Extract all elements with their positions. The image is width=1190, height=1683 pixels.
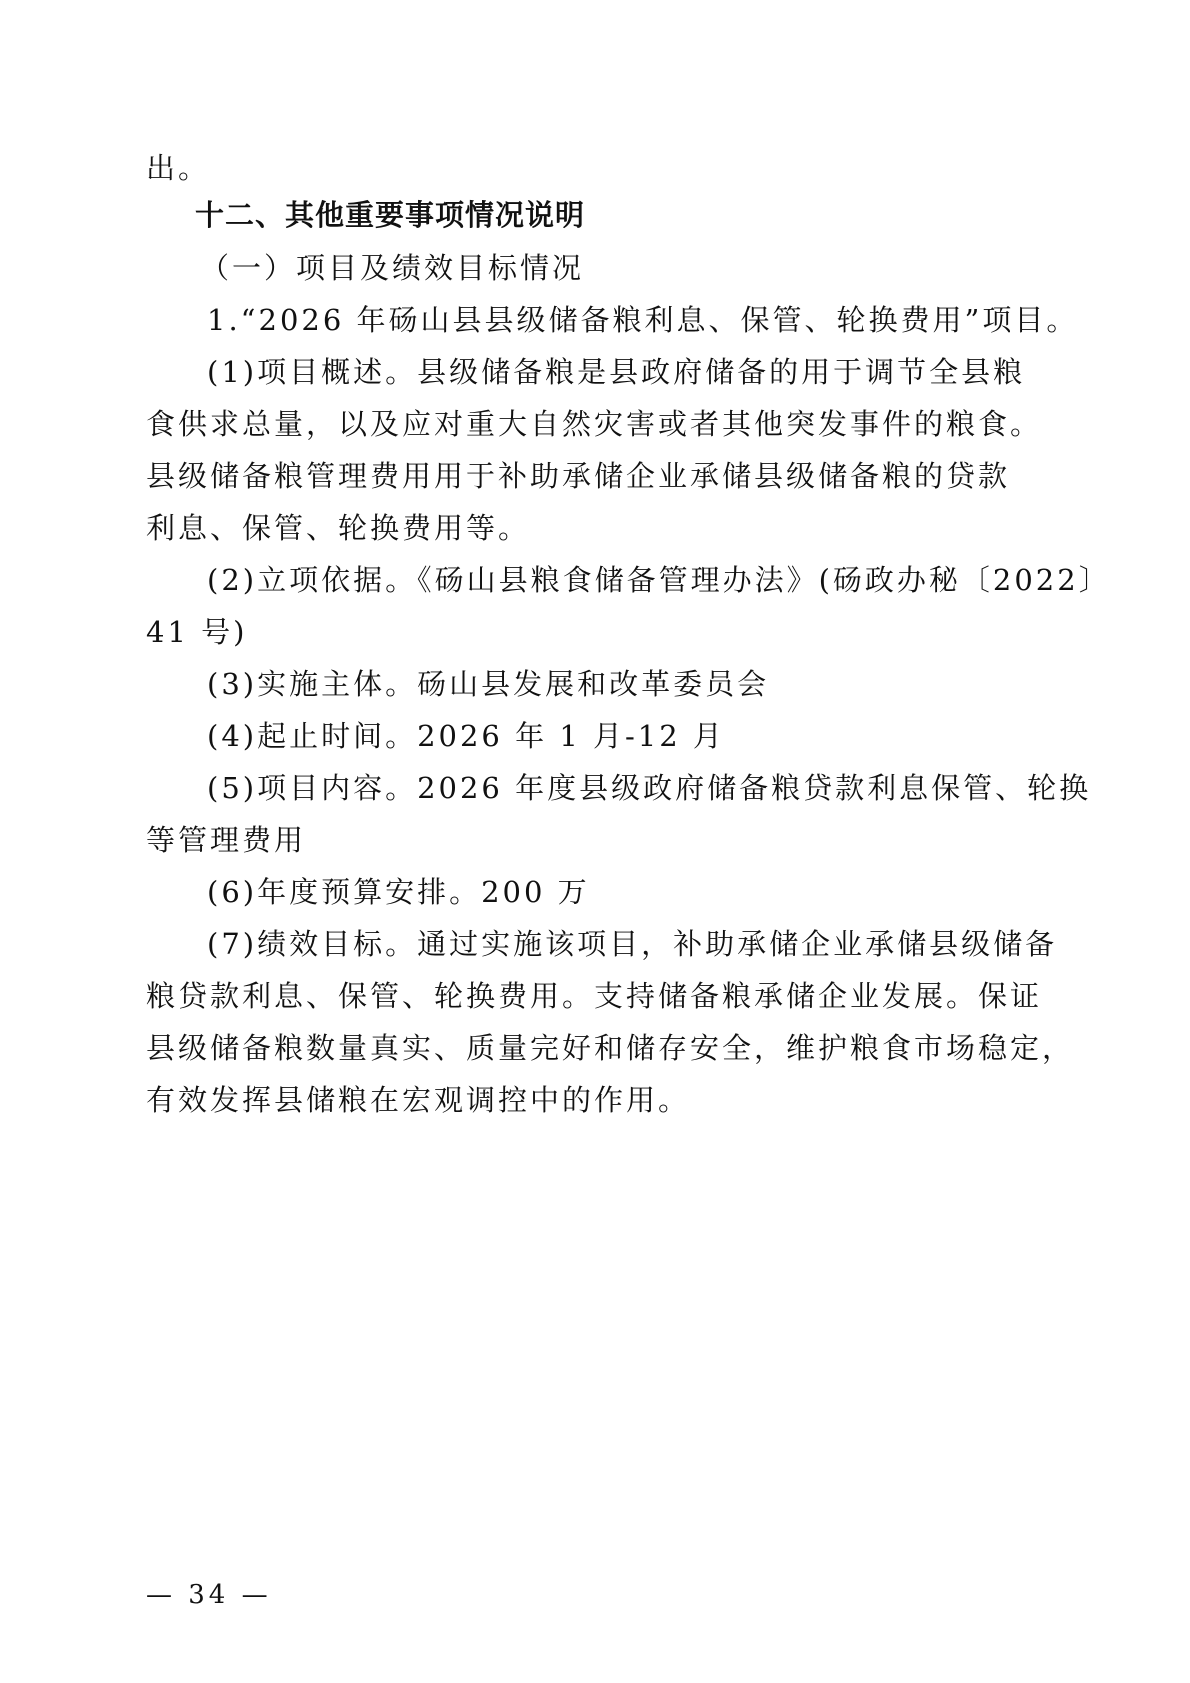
subsection-heading: （一）项目及绩效目标情况 [200,250,584,286]
paragraph-line: (2)立项依据。《砀山县粮食储备管理办法》(砀政办秘〔2022〕 [207,562,1111,598]
paragraph-line: 县级储备粮管理费用用于补助承储企业承储县级储备粮的贷款 [146,458,1010,494]
paragraph-line: 利息、保管、轮换费用等。 [146,510,530,546]
paragraph-line: 粮贷款利息、保管、轮换费用。支持储备粮承储企业发展。保证 [146,978,1042,1014]
paragraph-line: (5)项目内容。2026 年度县级政府储备粮贷款利息保管、轮换 [207,770,1091,806]
paragraph-line: 41 号) [146,614,247,650]
page-number: — 34 — [146,1580,272,1610]
paragraph-line: (3)实施主体。砀山县发展和改革委员会 [207,666,769,702]
paragraph-line: (7)绩效目标。通过实施该项目，补助承储企业承储县级储备 [207,926,1057,962]
text-line: 出。 [146,150,210,186]
paragraph-line: (1)项目概述。县级储备粮是县政府储备的用于调节全县粮 [207,354,1025,390]
section-heading: 十二、其他重要事项情况说明 [195,197,585,233]
paragraph-line: 县级储备粮数量真实、质量完好和储存安全，维护粮食市场稳定， [146,1030,1074,1066]
paragraph-line: 有效发挥县储粮在宏观调控中的作用。 [146,1082,690,1118]
paragraph-line: 等管理费用 [146,822,306,858]
paragraph-line: 食供求总量，以及应对重大自然灾害或者其他突发事件的粮食。 [146,406,1042,442]
paragraph-line: (6)年度预算安排。200 万 [207,874,590,910]
paragraph-line: (4)起止时间。2026 年 1 月-12 月 [207,718,725,754]
item-title: 1.“2026 年砀山县县级储备粮利息、保管、轮换费用”项目。 [207,302,1078,338]
